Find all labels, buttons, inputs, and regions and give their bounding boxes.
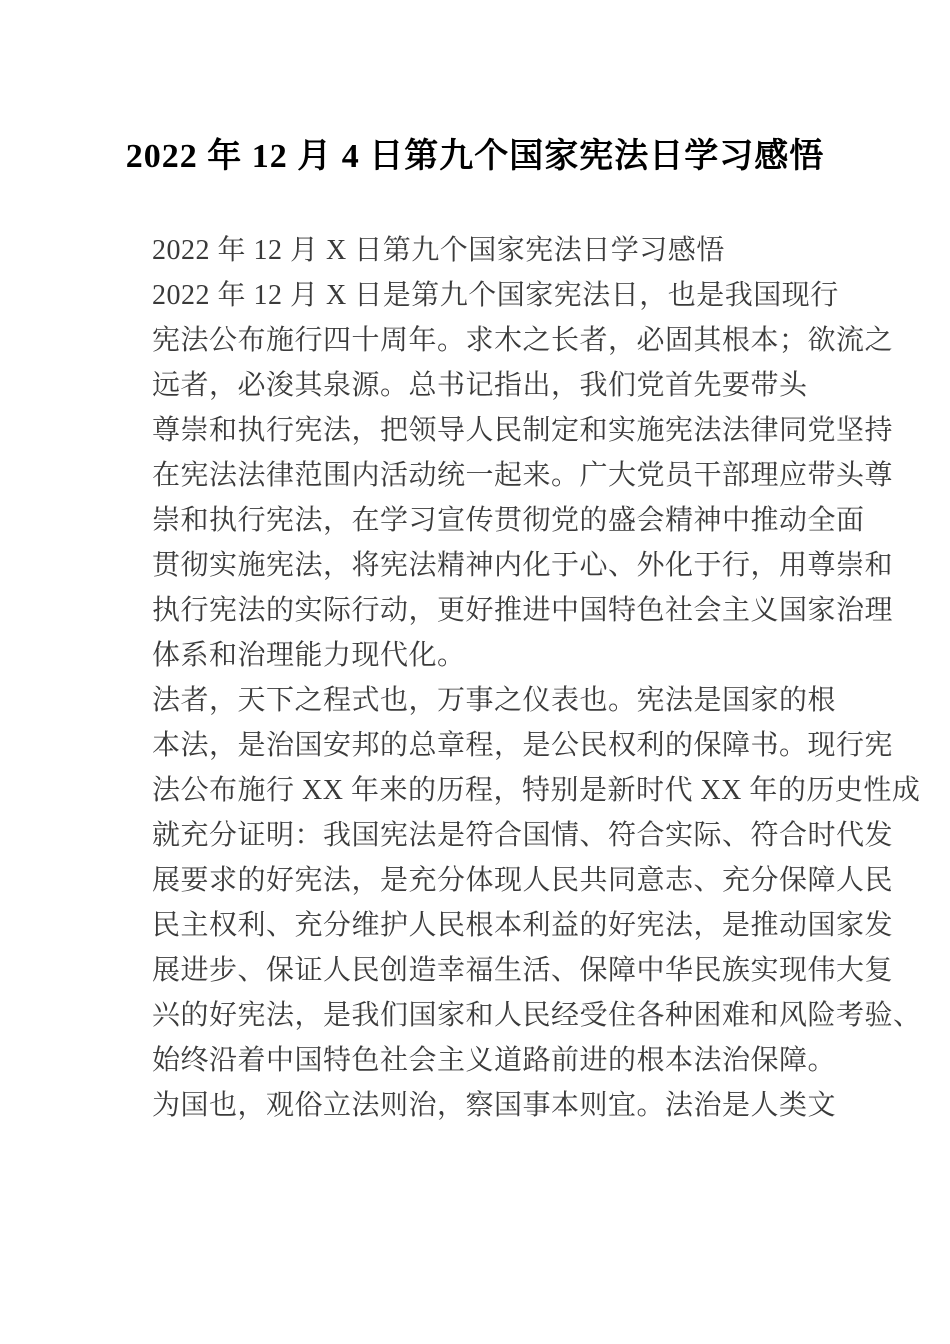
- document-body: 2022 年 12 月 X 日第九个国家宪法日学习感悟 2022 年 12 月 …: [0, 228, 950, 1128]
- text-line: 执行宪法的实际行动，更好推进中国特色社会主义国家治理: [152, 588, 910, 633]
- text-line: 远者，必浚其泉源。总书记指出，我们党首先要带头: [152, 363, 910, 408]
- text-line: 贯彻实施宪法，将宪法精神内化于心、外化于行，用尊崇和: [152, 543, 910, 588]
- text-line: 就充分证明：我国宪法是符合国情、符合实际、符合时代发: [152, 813, 910, 858]
- text-line: 兴的好宪法，是我们国家和人民经受住各种困难和风险考验、: [152, 993, 910, 1038]
- text-line: 体系和治理能力现代化。: [152, 633, 910, 678]
- text-line: 尊崇和执行宪法，把领导人民制定和实施宪法法律同党坚持: [152, 408, 910, 453]
- text-line: 2022 年 12 月 X 日第九个国家宪法日学习感悟: [152, 228, 910, 273]
- text-line: 展进步、保证人民创造幸福生活、保障中华民族实现伟大复: [152, 948, 910, 993]
- text-line: 崇和执行宪法，在学习宣传贯彻党的盛会精神中推动全面: [152, 498, 910, 543]
- text-line: 为国也，观俗立法则治，察国事本则宜。法治是人类文: [152, 1083, 910, 1128]
- text-line: 法者，天下之程式也，万事之仪表也。宪法是国家的根: [152, 678, 910, 723]
- text-line: 2022 年 12 月 X 日是第九个国家宪法日，也是我国现行: [152, 273, 910, 318]
- text-line: 民主权利、充分维护人民根本利益的好宪法，是推动国家发: [152, 903, 910, 948]
- text-line: 宪法公布施行四十周年。求木之长者，必固其根本；欲流之: [152, 318, 910, 363]
- text-line: 始终沿着中国特色社会主义道路前进的根本法治保障。: [152, 1038, 910, 1083]
- text-line: 法公布施行 XX 年来的历程，特别是新时代 XX 年的历史性成: [152, 768, 910, 813]
- text-line: 在宪法法律范围内活动统一起来。广大党员干部理应带头尊: [152, 453, 910, 498]
- document-page: 2022 年 12 月 4 日第九个国家宪法日学习感悟 2022 年 12 月 …: [0, 0, 950, 1344]
- text-line: 展要求的好宪法，是充分体现人民共同意志、充分保障人民: [152, 858, 910, 903]
- document-title: 2022 年 12 月 4 日第九个国家宪法日学习感悟: [0, 0, 950, 180]
- text-line: 本法，是治国安邦的总章程，是公民权利的保障书。现行宪: [152, 723, 910, 768]
